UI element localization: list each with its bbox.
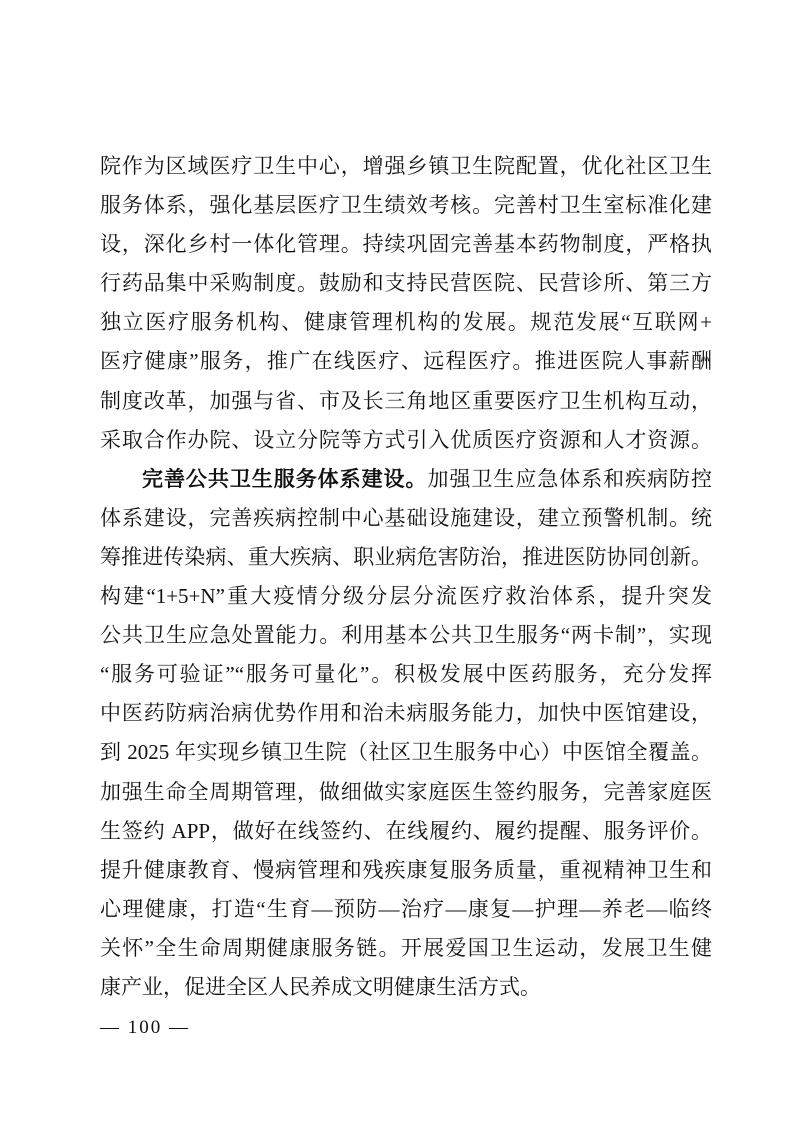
text-line: 加强生命全周期管理，做细做实家庭医生签约服务，完善家庭医 (100, 773, 712, 812)
text-line: 心理健康，打造“生育—预防—治疗—康复—护理—养老—临终 (100, 890, 712, 929)
text-line: 医疗健康”服务，推广在线医疗、远程医疗。推进医院人事薪酬 (100, 342, 712, 381)
text-line: 完善公共卫生服务体系建设。加强卫生应急体系和疾病防控 (100, 460, 712, 499)
text-line: 院作为区域医疗卫生中心，增强乡镇卫生院配置，优化社区卫生 (100, 147, 712, 186)
text-line: 构建“1+5+N”重大疫情分级分层分流医疗救治体系，提升突发 (100, 577, 712, 616)
document-page: 院作为区域医疗卫生中心，增强乡镇卫生院配置，优化社区卫生 服务体系，强化基层医疗… (0, 0, 793, 1122)
text-line: 公共卫生应急处置能力。利用基本公共卫生服务“两卡制”，实现 (100, 616, 712, 655)
text-line: 关怀”全生命周期健康服务链。开展爱国卫生运动，发展卫生健 (100, 929, 712, 968)
text-line: 采取合作办院、设立分院等方式引入优质医疗资源和人才资源。 (100, 421, 712, 460)
paragraph-lead-rest: 加强卫生应急体系和疾病防控 (427, 467, 712, 491)
text-line: 服务体系，强化基层医疗卫生绩效考核。完善村卫生室标准化建 (100, 186, 712, 225)
text-line: “服务可验证”“服务可量化”。积极发展中医药服务，充分发挥 (100, 655, 712, 694)
text-line: 体系建设，完善疾病控制中心基础设施建设，建立预警机制。统 (100, 499, 712, 538)
text-line: 设，深化乡村一体化管理。持续巩固完善基本药物制度，严格执 (100, 225, 712, 264)
text-line: 生签约 APP，做好在线签约、在线履约、履约提醒、服务评价。 (100, 812, 712, 851)
text-line: 康产业，促进全区人民养成文明健康生活方式。 (100, 968, 712, 1007)
paragraph-lead-bold: 完善公共卫生服务体系建设。 (142, 467, 427, 491)
text-line: 独立医疗服务机构、健康管理机构的发展。规范发展“互联网+ (100, 303, 712, 342)
text-line: 筹推进传染病、重大疾病、职业病危害防治，推进医防协同创新。 (100, 538, 712, 577)
text-line: 提升健康教育、慢病管理和残疾康复服务质量，重视精神卫生和 (100, 851, 712, 890)
body-text: 院作为区域医疗卫生中心，增强乡镇卫生院配置，优化社区卫生 服务体系，强化基层医疗… (100, 147, 712, 1007)
page-number: — 100 — (100, 1016, 190, 1040)
text-line: 中医药防病治病优势作用和治未病服务能力，加快中医馆建设， (100, 694, 712, 733)
text-line: 行药品集中采购制度。鼓励和支持民营医院、民营诊所、第三方 (100, 264, 712, 303)
text-line: 制度改革，加强与省、市及长三角地区重要医疗卫生机构互动， (100, 382, 712, 421)
text-line: 到 2025 年实现乡镇卫生院（社区卫生服务中心）中医馆全覆盖。 (100, 733, 712, 772)
